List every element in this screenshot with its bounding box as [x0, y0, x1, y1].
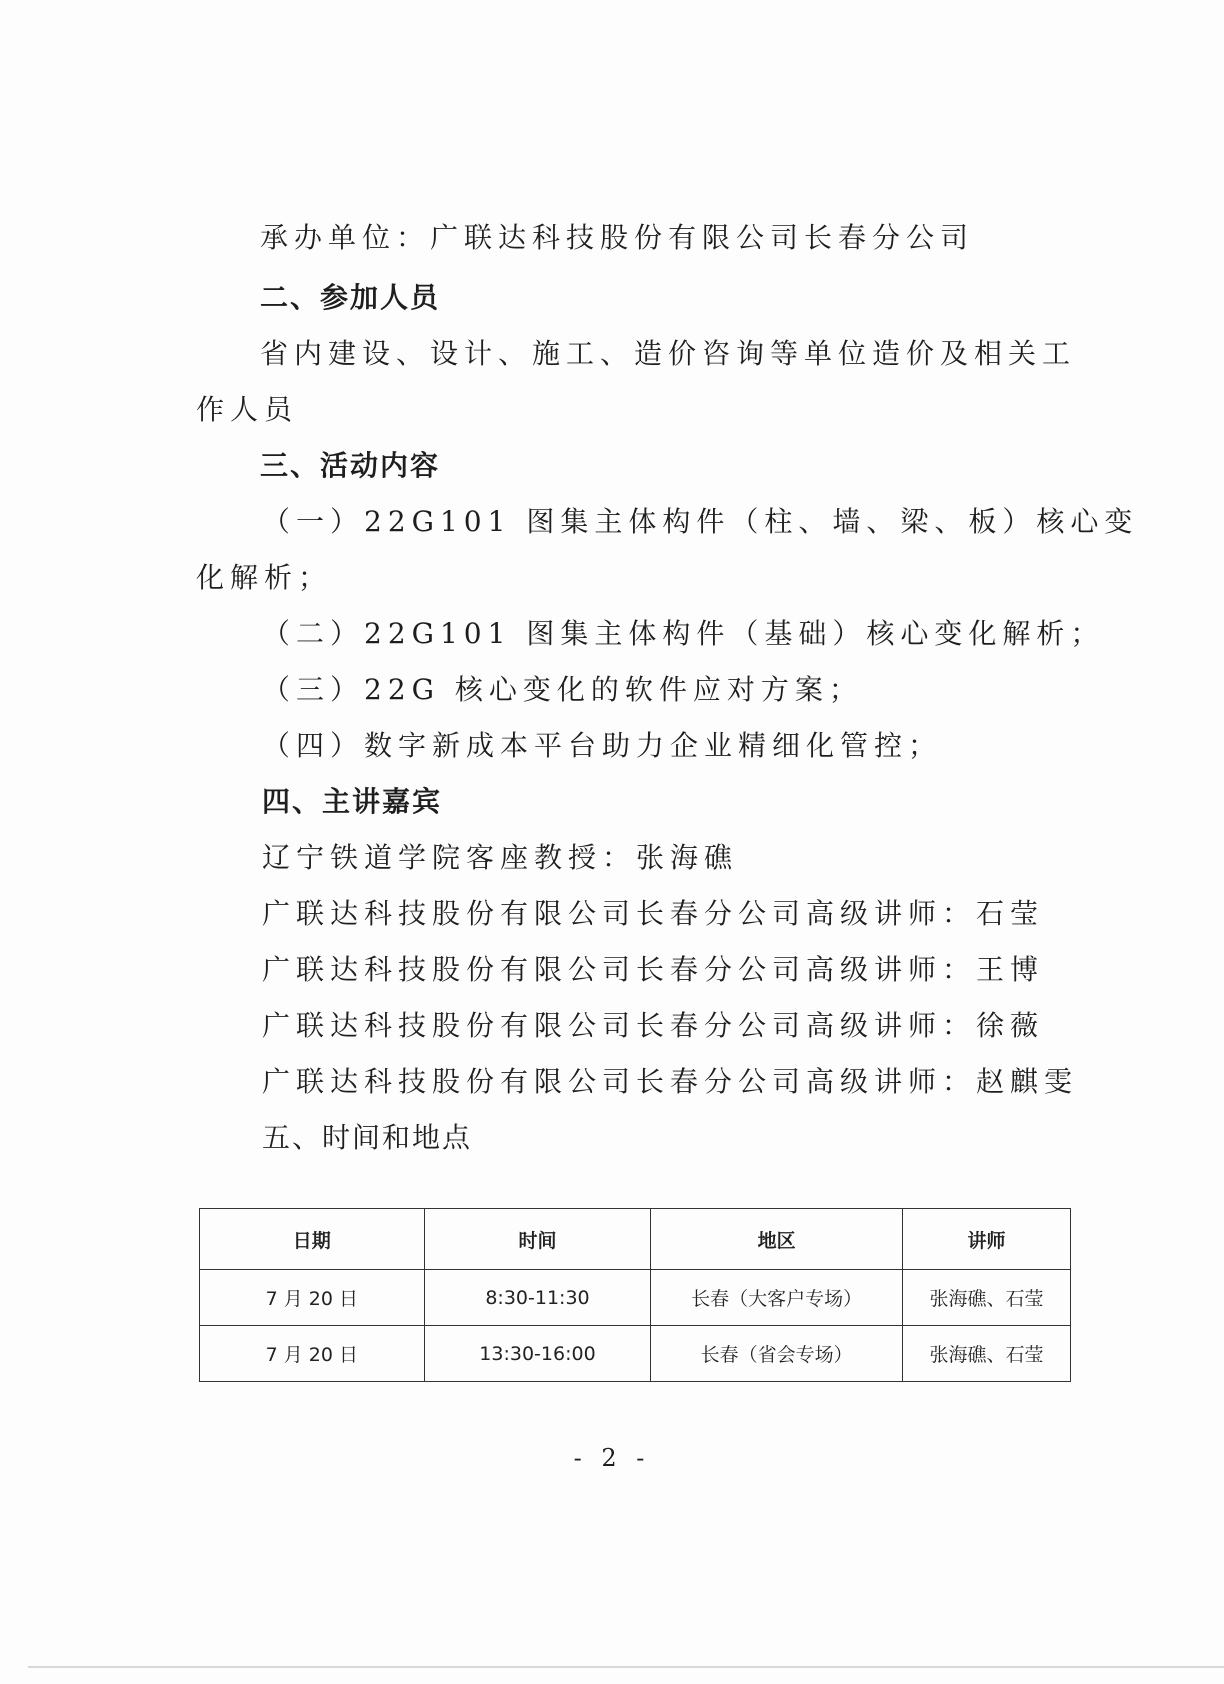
bottom-divider [28, 1666, 1224, 1668]
header-lecturer: 讲师 [902, 1209, 1070, 1270]
participants-text-1: 省内建设、设计、施工、造价咨询等单位造价及相关工 [260, 334, 1076, 374]
cell-date: 7 月 20 日 [200, 1326, 425, 1382]
section-heading-participants: 二、参加人员 [260, 278, 440, 318]
speaker-4: 广联达科技股份有限公司长春分公司高级讲师：徐薇 [262, 1006, 1044, 1046]
content-item-4: （四）数字新成本平台助力企业精细化管控； [262, 726, 942, 766]
cell-time: 8:30-11:30 [424, 1270, 651, 1326]
table-header-row: 日期 时间 地区 讲师 [200, 1209, 1071, 1270]
section-heading-content: 三、活动内容 [260, 446, 440, 486]
cell-region: 长春（省会专场） [651, 1326, 902, 1382]
organizer-line: 承办单位：广联达科技股份有限公司长春分公司 [260, 218, 974, 258]
header-date: 日期 [200, 1209, 425, 1270]
header-time: 时间 [424, 1209, 651, 1270]
content-item-1: （一）22G101 图集主体构件（柱、墙、梁、板）核心变 [262, 502, 1138, 542]
speaker-5: 广联达科技股份有限公司长春分公司高级讲师：赵麒雯 [262, 1062, 1078, 1102]
table-row: 7 月 20 日 13:30-16:00 长春（省会专场） 张海礁、石莹 [200, 1326, 1071, 1382]
section-heading-time-place: 五、时间和地点 [262, 1118, 472, 1158]
cell-region: 长春（大客户专场） [651, 1270, 902, 1326]
schedule-table: 日期 时间 地区 讲师 7 月 20 日 8:30-11:30 长春（大客户专场… [199, 1208, 1071, 1382]
speaker-1: 辽宁铁道学院客座教授：张海礁 [262, 838, 738, 878]
speaker-3: 广联达科技股份有限公司长春分公司高级讲师：王博 [262, 950, 1044, 990]
cell-date: 7 月 20 日 [200, 1270, 425, 1326]
cell-lecturer: 张海礁、石莹 [902, 1326, 1070, 1382]
participants-text-2: 作人员 [196, 390, 298, 430]
cell-time: 13:30-16:00 [424, 1326, 651, 1382]
section-heading-speakers: 四、主讲嘉宾 [262, 782, 442, 822]
content-item-1-cont: 化解析； [196, 558, 332, 598]
page-number: - 2 - [0, 1444, 1224, 1472]
table-row: 7 月 20 日 8:30-11:30 长春（大客户专场） 张海礁、石莹 [200, 1270, 1071, 1326]
content-item-3: （三）22G 核心变化的软件应对方案； [262, 670, 863, 710]
cell-lecturer: 张海礁、石莹 [902, 1270, 1070, 1326]
speaker-2: 广联达科技股份有限公司长春分公司高级讲师：石莹 [262, 894, 1044, 934]
content-item-2: （二）22G101 图集主体构件（基础）核心变化解析； [262, 614, 1104, 654]
header-region: 地区 [651, 1209, 902, 1270]
